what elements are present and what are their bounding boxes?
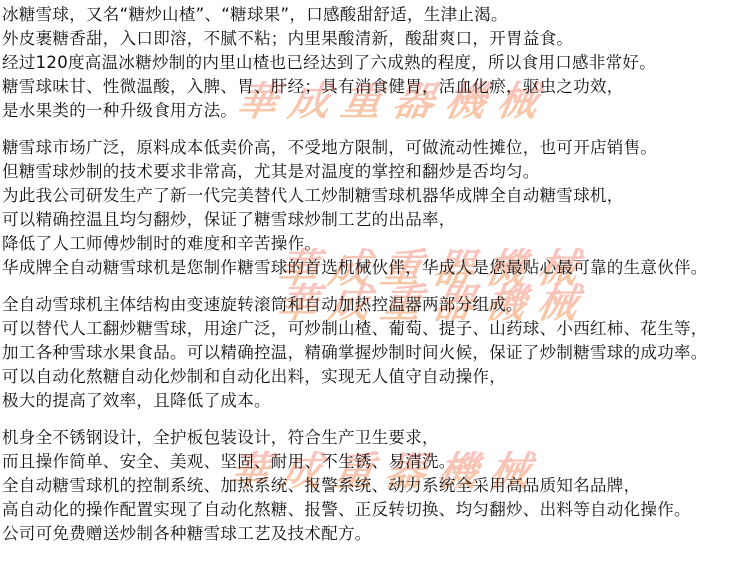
text-line: 全自动糖雪球机的控制系统、加热系统、报警系统、动力系统全采用高品质知名品牌， (2, 474, 750, 498)
text-line: 可以自动化熬糖自动化炒制和自动化出料，实现无人值守自动操作， (2, 365, 750, 389)
paragraph-structure: 全自动雪球机主体结构由变速旋转滚筒和自动加热控温器两部分组成。 可以替代人工翻炒… (2, 293, 750, 413)
text-line: 是水果类的一种升级食用方法。 (2, 99, 750, 123)
text-line: 经过120度高温冰糖炒制的内里山楂也已经达到了六成熟的程度，所以食用口感非常好。 (2, 51, 750, 75)
text-line: 极大的提高了效率，且降低了成本。 (2, 389, 750, 413)
text-line: 加工各种雪球水果食品。可以精确控温，精确掌握炒制时间火候，保证了炒制糖雪球的成功… (2, 341, 750, 365)
text-line: 糖雪球味甘、性微温酸，入脾、胃、肝经；具有消食健胃，活血化瘀，驱虫之功效， (2, 75, 750, 99)
text-line: 可以精确控温且均匀翻炒，保证了糖雪球炒制工艺的出品率， (2, 208, 750, 232)
text-line: 机身全不锈钢设计，全护板包装设计，符合生产卫生要求， (2, 426, 750, 450)
text-line: 冰糖雪球，又名“糖炒山楂”、“糖球果”，口感酸甜舒适，生津止渴。 (2, 3, 750, 27)
text-line: 为此我公司研发生产了新一代完美替代人工炒制糖雪球机器华成牌全自动糖雪球机， (2, 184, 750, 208)
paragraph-features: 机身全不锈钢设计，全护板包装设计，符合生产卫生要求， 而且操作简单、安全、美观、… (2, 426, 750, 546)
text-line: 华成牌全自动糖雪球机是您制作糖雪球的首选机械伙伴，华成人是您最贴心最可靠的生意伙… (2, 256, 750, 280)
text-line: 可以替代人工翻炒糖雪球，用途广泛，可炒制山楂、葡萄、提子、山药球、小西红柿、花生… (2, 317, 750, 341)
text-line: 公司可免费赠送炒制各种糖雪球工艺及技术配方。 (2, 522, 750, 546)
paragraph-product-intro: 冰糖雪球，又名“糖炒山楂”、“糖球果”，口感酸甜舒适，生津止渴。 外皮裹糖香甜，… (2, 3, 750, 123)
text-line: 降低了人工师傅炒制时的难度和辛苦操作。 (2, 232, 750, 256)
paragraph-market: 糖雪球市场广泛，原料成本低卖价高，不受地方限制，可做流动性摊位，也可开店销售。 … (2, 136, 750, 280)
text-line: 而且操作简单、安全、美观、坚固、耐用、不生锈、易清洗。 (2, 450, 750, 474)
text-line: 外皮裹糖香甜，入口即溶，不腻不粘；内里果酸清新，酸甜爽口，开胃益食。 (2, 27, 750, 51)
text-line: 全自动雪球机主体结构由变速旋转滚筒和自动加热控温器两部分组成。 (2, 293, 750, 317)
text-line: 高自动化的操作配置实现了自动化熬糖、报警、正反转切换、均匀翻炒、出料等自动化操作… (2, 498, 750, 522)
text-line: 但糖雪球炒制的技术要求非常高，尤其是对温度的掌控和翻炒是否均匀。 (2, 160, 750, 184)
text-line: 糖雪球市场广泛，原料成本低卖价高，不受地方限制，可做流动性摊位，也可开店销售。 (2, 136, 750, 160)
